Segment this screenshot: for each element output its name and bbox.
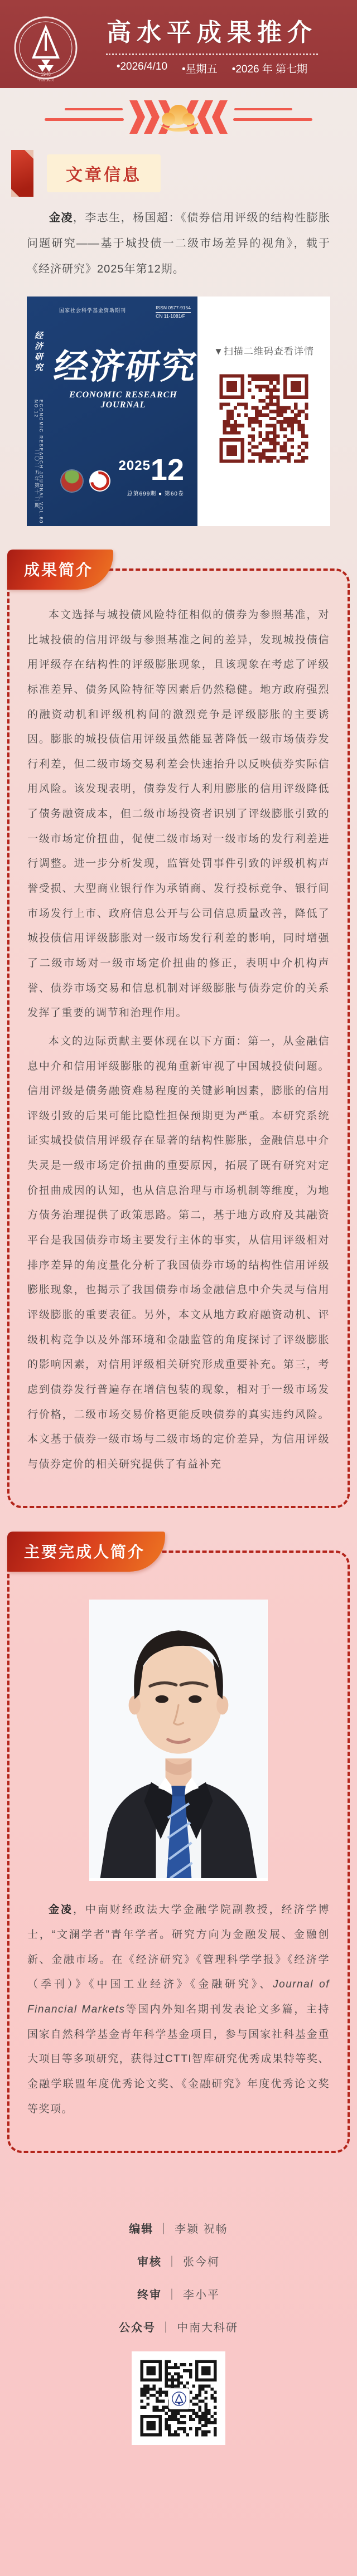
weekday-text: •星期五 xyxy=(182,61,218,76)
journal-issue-number: 202512 xyxy=(119,453,184,487)
svg-text:1948: 1948 xyxy=(41,72,51,77)
summary-paragraph-2: 本文的边际贡献主要体现在以下方面：第一，从金融信息中介和信用评级膨胀的视角重新审… xyxy=(27,1029,330,1477)
article-info-tab-label: 文章信息 xyxy=(66,166,142,184)
article-page: 1948 中国 武汉 高水平成果推介 •2026/4/10 •星期五 •2026… xyxy=(0,0,357,2576)
journal-emblem-icon xyxy=(61,470,83,492)
journal-cover: 经济研究 国家社会科学基金资助期刊 ISSN 0577-9154 CN 11-1… xyxy=(27,297,197,526)
journal-cover-figure[interactable]: 经济研究 国家社会科学基金资助期刊 ISSN 0577-9154 CN 11-1… xyxy=(27,297,330,526)
credit-account: 公众号｜中南大科研 xyxy=(0,2319,357,2335)
dotted-divider xyxy=(106,54,318,55)
phoenix-emblem-icon xyxy=(89,470,110,492)
article-qr-panel: ▼扫描二维码查看详情 xyxy=(197,297,330,526)
portrait-photo-icon xyxy=(89,1600,268,1878)
wechat-qr-block[interactable] xyxy=(132,2351,225,2445)
journal-title-en: ECONOMIC RESEARCH JOURNAL xyxy=(49,390,197,410)
author-name-bold: 金凌 xyxy=(49,212,73,224)
article-info-header: 文章信息 xyxy=(11,149,357,197)
journal-spine-cn: 二〇二五年第十二期 xyxy=(33,449,41,509)
qr-caption: ▼扫描二维码查看详情 xyxy=(214,343,314,357)
date-text: •2026/4/10 xyxy=(117,61,167,76)
summary-section: 成果简介 本文选择与城投债风险特征相似的债券为参照基准，对比城投债的信用评级与参… xyxy=(7,568,350,1508)
author-section: 主要完成人简介 xyxy=(7,1551,350,2153)
university-seal-icon: 1948 中国 武汉 xyxy=(12,12,79,84)
credit-editor: 编辑｜李颖 祝畅 xyxy=(0,2220,357,2236)
journal-title-cn: 经济研究 xyxy=(51,339,197,388)
masthead: 1948 中国 武汉 高水平成果推介 •2026/4/10 •星期五 •2026… xyxy=(0,0,357,88)
qr-center-logo-icon xyxy=(168,2388,190,2409)
journal-issn: ISSN 0577-9154 CN 11-1081/F xyxy=(156,304,191,320)
journal-logos xyxy=(61,470,110,492)
page-title: 高水平成果推介 xyxy=(107,12,317,48)
citation-paragraph: 金凌，李志生，杨国超：《债券信用评级的结构性膨胀问题研究——基于城投债一二级市场… xyxy=(27,205,330,282)
credit-reviewer: 审核｜张今柯 xyxy=(0,2253,357,2269)
author-portrait[interactable] xyxy=(89,1600,268,1881)
summary-dashed-box: 本文选择与城投债风险特征相似的债券为参照基准，对比城投债的信用评级与参照基准之间… xyxy=(7,568,350,1508)
journal-issue-line: 总第699期 ● 第60卷 xyxy=(127,489,184,497)
issue-text: •2026 年 第七期 xyxy=(232,61,307,76)
journal-calligraphy-vertical: 经济研究 xyxy=(32,331,44,373)
svg-text:中国 武汉: 中国 武汉 xyxy=(37,77,54,82)
article-info-tab: 文章信息 xyxy=(47,154,161,192)
ribbon-icon xyxy=(11,150,33,197)
summary-tab: 成果简介 xyxy=(7,550,113,590)
author-tab: 主要完成人简介 xyxy=(7,1532,165,1572)
author-bio-name: 金凌 xyxy=(49,1904,73,1916)
chevron-cloud-divider-icon xyxy=(11,95,346,142)
issue-date-row: •2026/4/10 •星期五 •2026 年 第七期 xyxy=(117,61,307,76)
journal-funding-line: 国家社会科学基金资助期刊 xyxy=(59,307,126,314)
footer-credits: 编辑｜李颖 祝畅 审核｜张今柯 终审｜李小平 公众号｜中南大科研 xyxy=(0,2153,357,2445)
author-dashed-box: 金凌，中南财经政法大学金融学院副教授，经济学博士，“文澜学者”青年学者。研究方向… xyxy=(7,1551,350,2153)
article-qr-code[interactable] xyxy=(216,371,312,466)
summary-paragraph-1: 本文选择与城投债风险特征相似的债券为参照基准，对比城投债的信用评级与参照基准之间… xyxy=(27,603,330,1026)
author-bio: 金凌，中南财经政法大学金融学院副教授，经济学博士，“文澜学者”青年学者。研究方向… xyxy=(27,1898,330,2122)
credit-final-reviewer: 终审｜李小平 xyxy=(0,2286,357,2302)
